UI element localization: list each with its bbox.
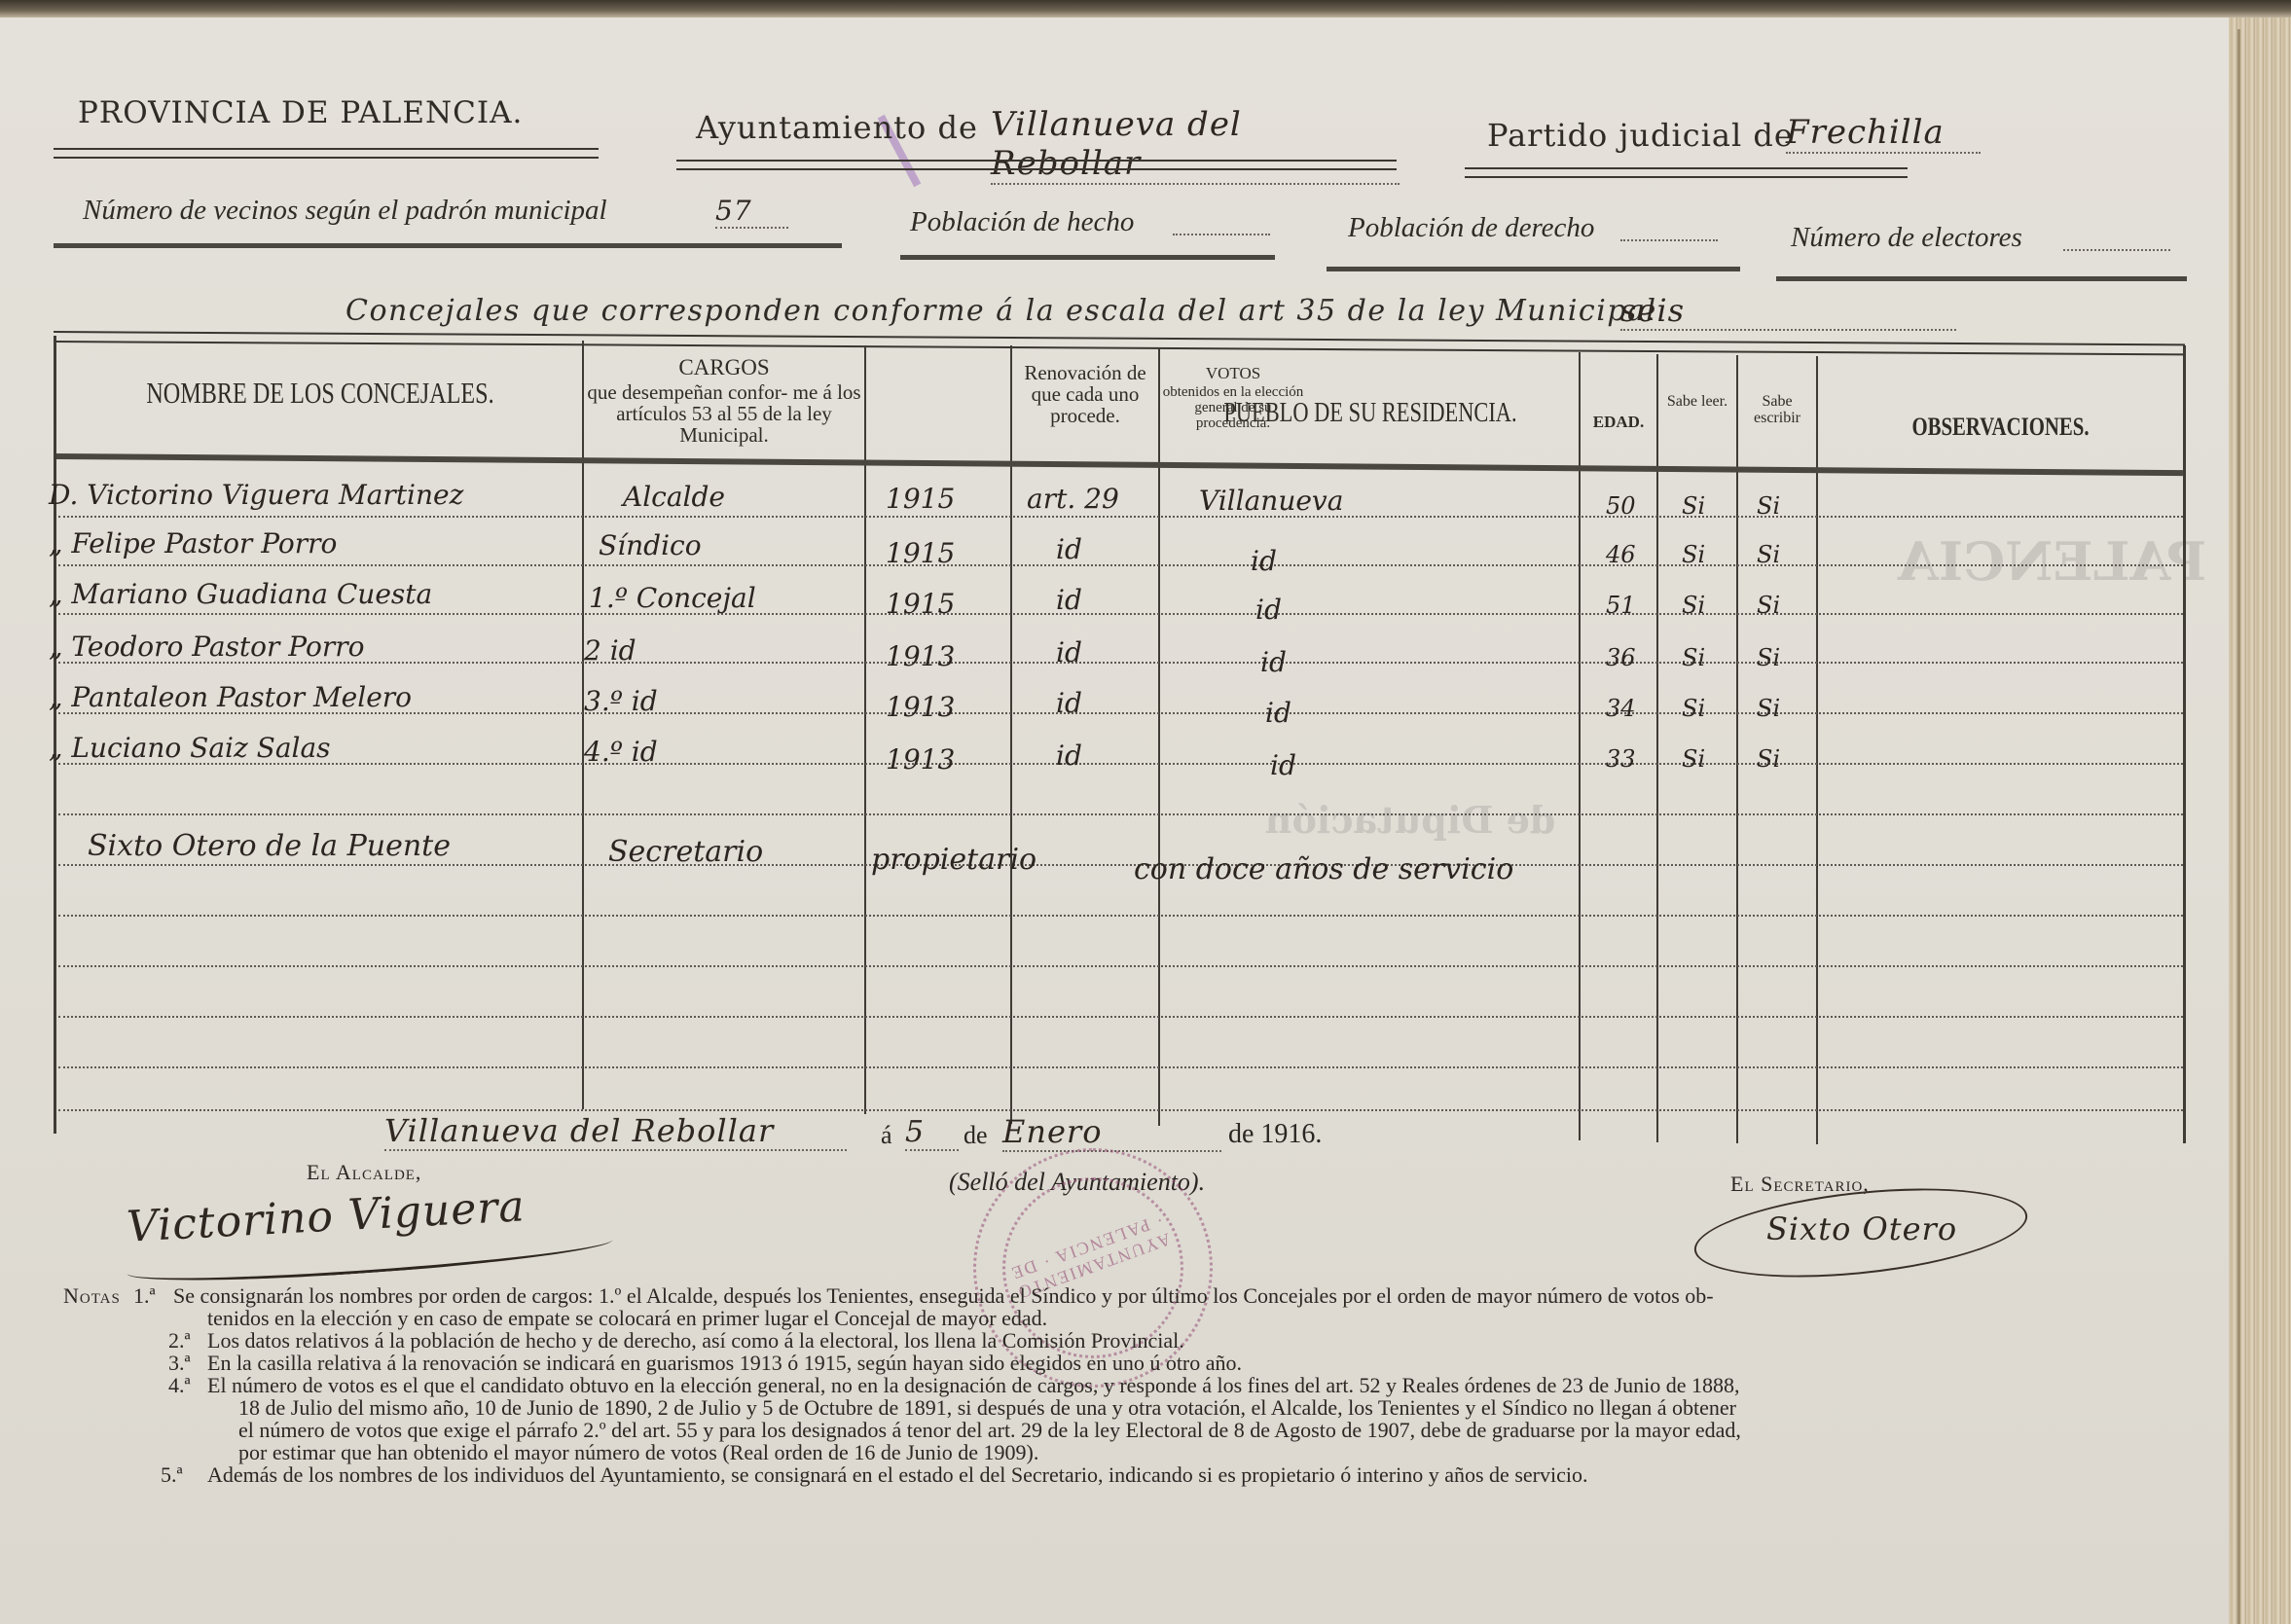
row-votos: id	[1056, 636, 1082, 668]
col-header-votos: VOTOS	[1160, 365, 1306, 382]
bleed-through-text: PALENCIA	[1898, 530, 2206, 593]
row-line	[58, 564, 2183, 566]
divider	[54, 148, 599, 159]
footer-place: Villanueva del Rebollar	[384, 1112, 847, 1151]
note-number: 3.ª	[168, 1352, 191, 1374]
row-edad: 50	[1606, 492, 1636, 520]
row-nombre: „ Pantaleon Pastor Melero	[49, 681, 412, 713]
vecinos-label: Número de vecinos según el padrón munici…	[83, 195, 607, 227]
col-header-pueblo: PUEBLO DE SU RESIDENCIA.	[1204, 399, 1537, 427]
row-edad: 36	[1606, 644, 1636, 671]
note-line: Se consignarán los nombres por orden de …	[173, 1284, 1714, 1307]
alcalde-label: El Alcalde,	[307, 1160, 421, 1185]
row-line	[58, 516, 2183, 518]
secretario-signature: Sixto Otero	[1766, 1210, 1957, 1247]
row-pueblo: id	[1251, 545, 1277, 577]
col-header-escribir: Sabe escribir	[1738, 394, 1816, 427]
row-renovacion: 1913	[886, 691, 955, 723]
row-edad: 33	[1606, 745, 1636, 773]
secretary-detalle: propietario	[871, 843, 1036, 877]
note-number: 4.ª	[168, 1374, 191, 1396]
secretary-servicio: con doce años de servicio	[1134, 852, 1513, 886]
row-pueblo: Villanueva	[1199, 485, 1343, 517]
column-divider	[1736, 355, 1738, 1143]
note-number: 1.ª	[133, 1284, 156, 1307]
row-line	[58, 813, 2183, 815]
partido-label: Partido judicial de	[1487, 117, 1794, 154]
note-line: Además de los nombres de los individuos …	[207, 1463, 1587, 1486]
row-nombre: „ Felipe Pastor Porro	[49, 527, 337, 559]
secretary-cargo: Secretario	[608, 835, 763, 869]
row-escribir: Si	[1757, 492, 1780, 520]
province-title: PROVINCIA DE PALENCIA.	[78, 95, 523, 130]
footer-year: de 1916.	[1228, 1119, 1322, 1150]
row-leer: Si	[1682, 745, 1705, 773]
electores-value	[2063, 249, 2170, 251]
ayuntamiento-value: Villanueva del Rebollar	[991, 105, 1400, 185]
row-edad: 46	[1606, 541, 1636, 568]
row-cargo: 4.º id	[584, 736, 658, 768]
footer-day: 5	[905, 1115, 959, 1151]
row-line	[58, 864, 2183, 866]
divider	[900, 255, 1275, 260]
bleed-through-text: de Diputación	[1265, 798, 1555, 842]
row-line	[58, 1066, 2183, 1068]
vecinos-value: 57	[715, 195, 788, 229]
row-escribir: Si	[1757, 592, 1780, 619]
row-pueblo: id	[1265, 697, 1291, 729]
row-pueblo: id	[1260, 646, 1287, 678]
row-leer: Si	[1682, 541, 1705, 568]
note-line: tenidos en la elección y en caso de empa…	[207, 1307, 1047, 1329]
row-pueblo: id	[1255, 594, 1282, 626]
row-nombre: „ Mariano Guadiana Cuesta	[49, 578, 432, 610]
row-renovacion: 1915	[886, 483, 955, 515]
hecho-label: Población de hecho	[910, 206, 1134, 238]
note-line: 18 de Julio del mismo año, 10 de Junio d…	[238, 1396, 1736, 1419]
footer-month: Enero	[1002, 1113, 1221, 1152]
concejales-value: seis	[1620, 292, 1956, 331]
row-votos: id	[1056, 584, 1082, 616]
footer-de: de	[964, 1121, 988, 1150]
row-cargo: 1.º Concejal	[589, 582, 756, 614]
row-line	[58, 1109, 2183, 1111]
row-line	[58, 915, 2183, 917]
table-right-border	[2183, 345, 2186, 1143]
derecho-value	[1620, 239, 1718, 241]
divider	[676, 160, 1397, 170]
row-votos: id	[1056, 533, 1082, 565]
col-header-renovacion: Renovación de que cada uno procede.	[1012, 362, 1158, 426]
row-escribir: Si	[1757, 541, 1780, 568]
row-line	[58, 965, 2183, 967]
row-line	[58, 763, 2183, 765]
column-divider	[582, 341, 584, 1109]
page-edge-line	[2237, 29, 2240, 1624]
row-leer: Si	[1682, 695, 1705, 722]
electores-label: Número de electores	[1791, 222, 2022, 254]
row-leer: Si	[1682, 592, 1705, 619]
derecho-label: Población de derecho	[1348, 212, 1594, 244]
footer-a: á	[881, 1121, 892, 1150]
concejales-label: Concejales que corresponden conforme á l…	[345, 294, 1657, 328]
notes-heading: Notas	[63, 1284, 121, 1307]
note-line: por estimar que han obtenido el mayor nú…	[238, 1441, 1038, 1463]
row-nombre: „ Teodoro Pastor Porro	[49, 631, 365, 663]
note-number: 2.ª	[168, 1329, 191, 1352]
row-renovacion: 1913	[886, 743, 955, 776]
row-votos: id	[1056, 740, 1082, 772]
row-line	[58, 1016, 2183, 1018]
row-nombre: „ Luciano Saiz Salas	[49, 732, 331, 764]
row-votos: id	[1056, 687, 1082, 719]
ayuntamiento-label: Ayuntamiento de	[696, 109, 978, 146]
col-header-leer: Sabe leer.	[1658, 394, 1736, 411]
row-edad: 34	[1606, 695, 1636, 722]
row-cargo: 3.º id	[584, 685, 658, 717]
note-line: El número de votos es el que el candidat…	[207, 1374, 1740, 1396]
row-escribir: Si	[1757, 644, 1780, 671]
col-header-nombre: NOMBRE DE LOS CONCEJALES.	[116, 378, 525, 410]
partido-value: Frechilla	[1786, 113, 1981, 154]
row-edad: 51	[1606, 592, 1636, 619]
divider	[1776, 276, 2187, 281]
row-renovacion: 1915	[886, 588, 955, 620]
row-pueblo: id	[1270, 749, 1296, 781]
row-cargo: 2 id	[584, 634, 636, 667]
column-divider	[1816, 356, 1818, 1144]
row-votos: art. 29	[1027, 483, 1119, 515]
note-line: En la casilla relativa á la renovación s…	[207, 1352, 1242, 1374]
column-divider	[1656, 354, 1658, 1142]
row-line	[58, 613, 2183, 615]
divider	[1465, 167, 1908, 178]
row-cargo: Síndico	[599, 529, 702, 561]
col-header-cargos: CARGOS	[584, 356, 864, 379]
note-line: Los datos relativos á la población de he…	[207, 1329, 1184, 1352]
divider	[54, 243, 842, 248]
hecho-value	[1173, 234, 1270, 235]
col-header-observaciones: OBSERVACIONES.	[1855, 414, 2147, 440]
row-renovacion: 1915	[886, 537, 955, 569]
row-leer: Si	[1682, 492, 1705, 520]
book-binding-top	[0, 0, 2291, 18]
row-escribir: Si	[1757, 695, 1780, 722]
note-number: 5.ª	[161, 1463, 183, 1486]
row-nombre: D. Victorino Viguera Martinez	[49, 479, 463, 511]
row-escribir: Si	[1757, 745, 1780, 773]
secretary-nombre: Sixto Otero de la Puente	[88, 829, 451, 863]
col-header-edad: EDAD.	[1581, 414, 1656, 431]
note-line: el número de votos que exige el párrafo …	[238, 1419, 1741, 1441]
col-header-cargos-sub: que desempeñan confor- me á los artículo…	[584, 381, 864, 446]
row-renovacion: 1913	[886, 640, 955, 672]
row-cargo: Alcalde	[623, 481, 725, 513]
divider	[1327, 267, 1740, 271]
row-line	[58, 662, 2183, 664]
row-leer: Si	[1682, 644, 1705, 671]
